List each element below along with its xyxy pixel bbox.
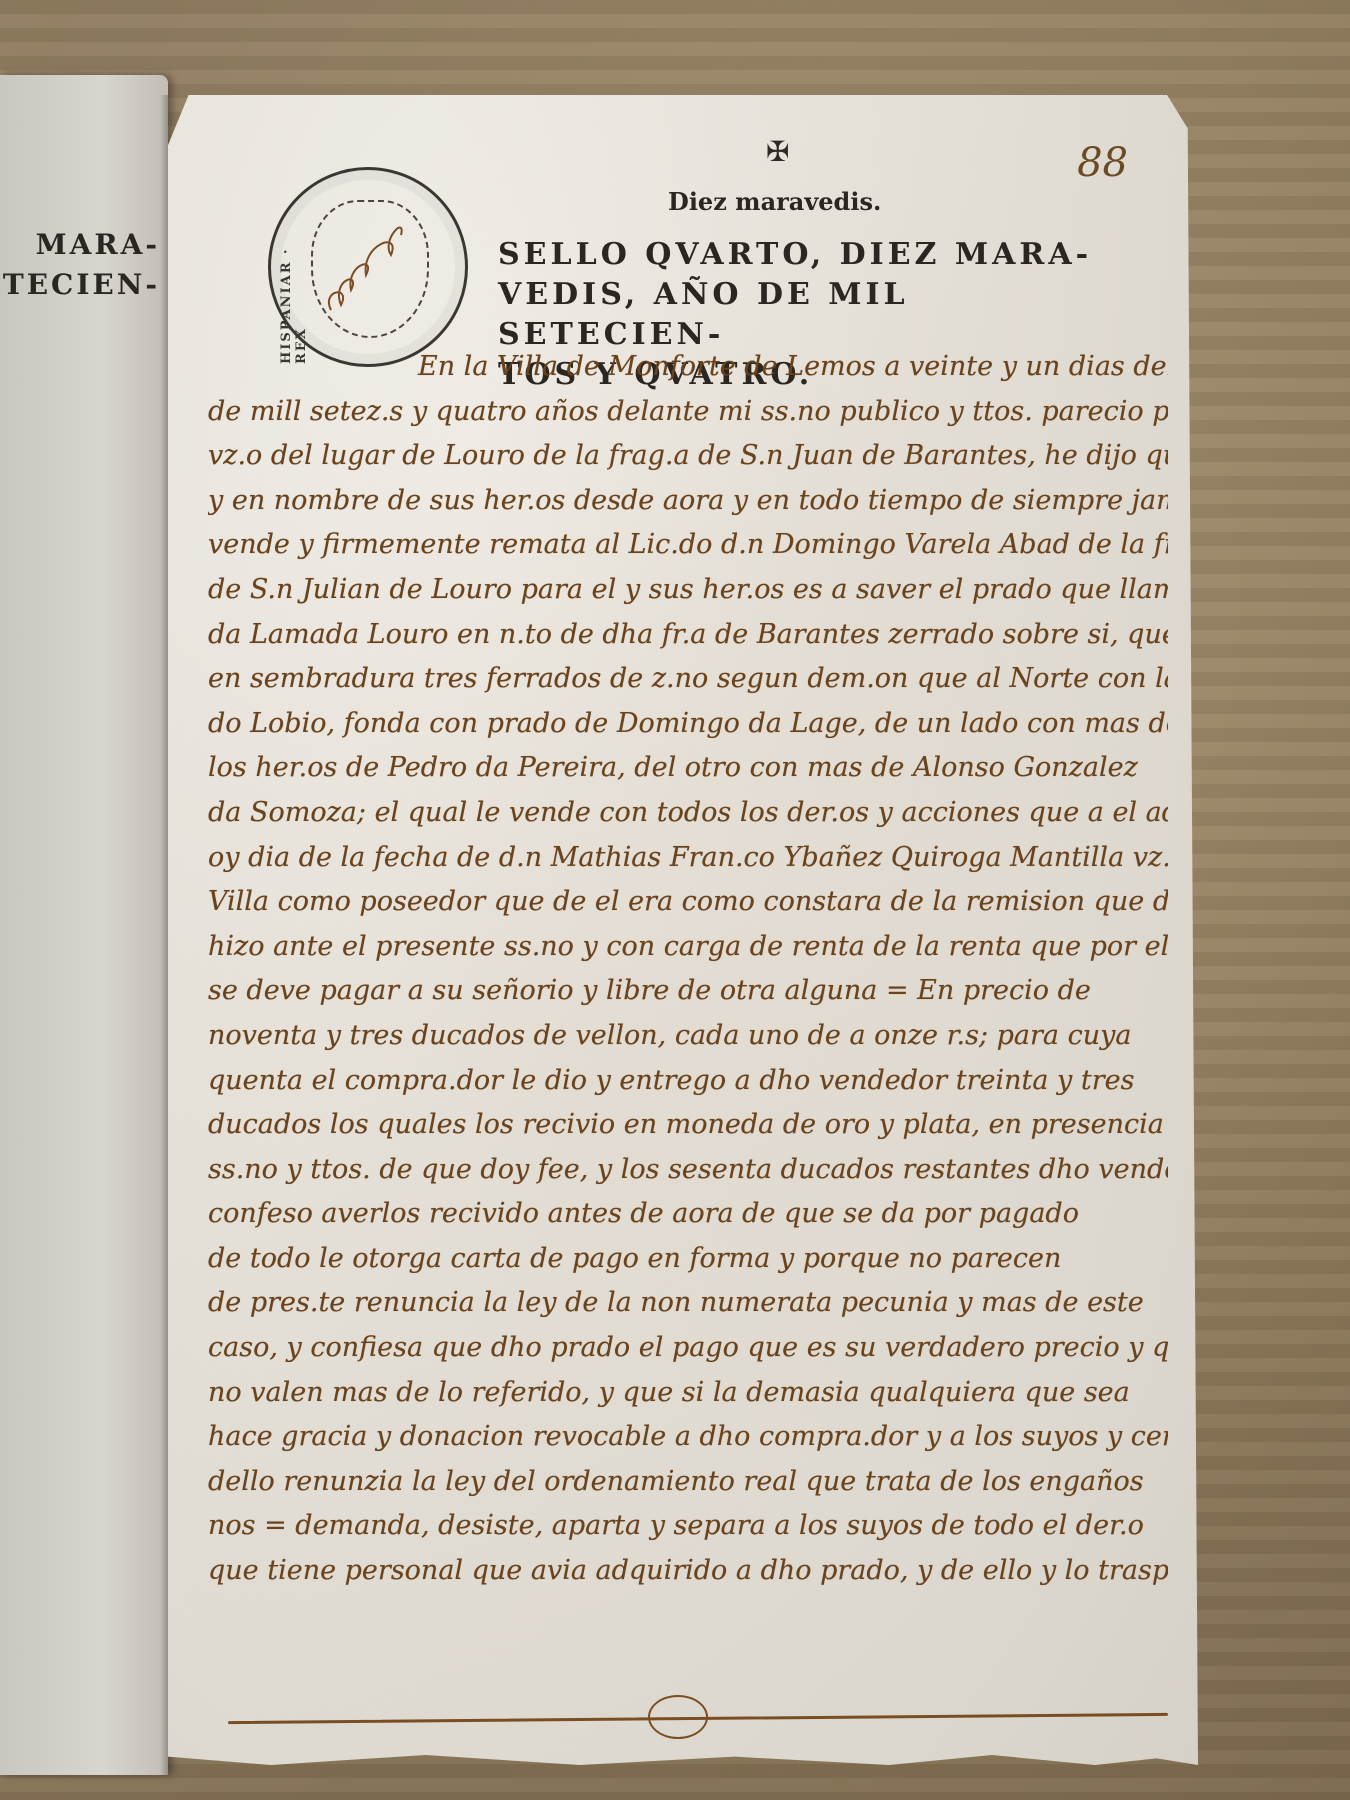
manuscript-line: do Lobio, fonda con prado de Domingo da … <box>208 702 1168 747</box>
manuscript-line: vz.o del lugar de Louro de la frag.a de … <box>208 434 1168 479</box>
manuscript-line: dello renunzia la ley del ordenamiento r… <box>208 1460 1168 1505</box>
page-fold <box>160 95 168 1775</box>
manuscript-line: de S.n Julian de Louro para el y sus her… <box>208 568 1168 613</box>
manuscript-line: En la Villa de Monforte de Lemos a veint… <box>208 345 1168 390</box>
manuscript-page: HISPANIAR · REX ✠ Diez maravedis. 88 SEL… <box>168 95 1198 1765</box>
manuscript-line: y en nombre de sus her.os desde aora y e… <box>208 479 1168 524</box>
manuscript-line: vende y firmemente remata al Lic.do d.n … <box>208 523 1168 568</box>
left-page: MARA- TECIEN- <box>0 75 168 1775</box>
manuscript-line: hizo ante el presente ss.no y con carga … <box>208 925 1168 970</box>
manuscript-line: no valen mas de lo referido, y que si la… <box>208 1371 1168 1416</box>
manuscript-line: los her.os de Pedro da Pereira, del otro… <box>208 746 1168 791</box>
manuscript-line: de pres.te renuncia la ley de la non num… <box>208 1281 1168 1326</box>
manuscript-line: nos = demanda, desiste, aparta y separa … <box>208 1504 1168 1549</box>
manuscript-body: En la Villa de Monforte de Lemos a veint… <box>208 345 1168 1594</box>
manuscript-line: noventa y tres ducados de vellon, cada u… <box>208 1014 1168 1059</box>
manuscript-line: se deve pagar a su señorio y libre de ot… <box>208 969 1168 1014</box>
rubric-flourish-icon <box>321 210 411 320</box>
manuscript-line: ducados los quales los recivio en moneda… <box>208 1103 1168 1148</box>
manuscript-line: Villa como poseedor que de el era como c… <box>208 880 1168 925</box>
manuscript-line: en sembradura tres ferrados de z.no segu… <box>208 657 1168 702</box>
manuscript-line: da Lamada Louro en n.to de dha fr.a de B… <box>208 613 1168 658</box>
stamp-heading-line: SELLO QVARTO, DIEZ MARA- <box>498 235 1118 275</box>
manuscript-line: da Somoza; el qual le vende con todos lo… <box>208 791 1168 836</box>
left-heading-line: MARA- <box>0 225 160 265</box>
stamp-heading-line: VEDIS, AÑO DE MIL SETECIEN- <box>498 275 1118 355</box>
manuscript-line: caso, y confiesa que dho prado el pago q… <box>208 1326 1168 1371</box>
manuscript-line: confeso averlos recivido antes de aora d… <box>208 1192 1168 1237</box>
left-page-stamp-heading: MARA- TECIEN- <box>0 225 168 305</box>
left-heading-line: TECIEN- <box>0 265 160 305</box>
manuscript-line: de mill setez.s y quatro años delante mi… <box>208 390 1168 435</box>
manuscript-line: hace gracia y donacion revocable a dho c… <box>208 1415 1168 1460</box>
manuscript-line: ss.no y ttos. de que doy fee, y los sese… <box>208 1148 1168 1193</box>
manuscript-line: que tiene personal que avia adquirido a … <box>208 1549 1168 1594</box>
manuscript-line: quenta el compra.dor le dio y entrego a … <box>208 1059 1168 1104</box>
manuscript-line: de todo le otorga carta de pago en forma… <box>208 1237 1168 1282</box>
cross-symbol-icon: ✠ <box>766 135 789 168</box>
manuscript-line: oy dia de la fecha de d.n Mathias Fran.c… <box>208 836 1168 881</box>
notary-rubric-icon <box>648 1695 708 1739</box>
stamp-price-line: Diez maravedis. <box>668 187 881 216</box>
royal-seal-stamp: HISPANIAR · REX <box>268 167 468 367</box>
folio-number: 88 <box>1077 140 1128 186</box>
